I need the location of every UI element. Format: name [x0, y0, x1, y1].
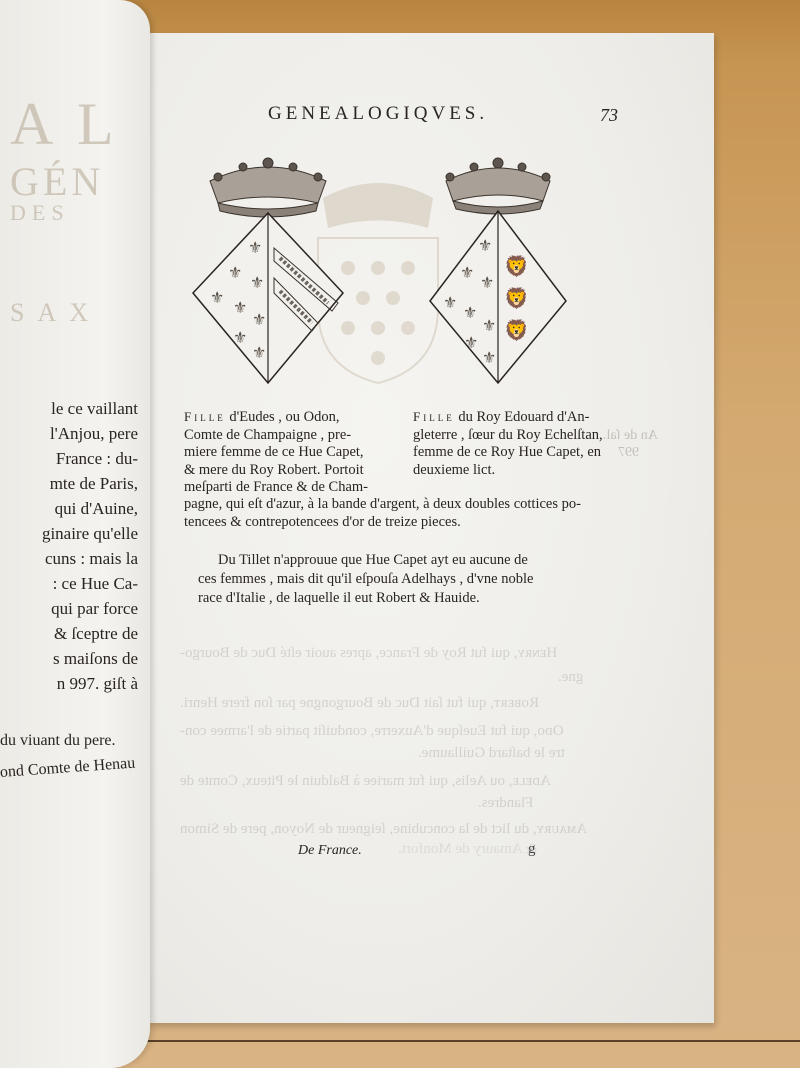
ghost-heading-2: GÉN: [10, 158, 104, 205]
paragraph-line: race d'Italie , de laquelle il eut Rober…: [198, 589, 533, 608]
page-number: 73: [600, 105, 618, 126]
svg-text:⚜: ⚜: [478, 236, 492, 255]
svg-text:⚜: ⚜: [464, 333, 478, 352]
text-line: : ce Hue Ca-: [0, 571, 138, 596]
bleed-line: gne.: [558, 669, 583, 686]
text-line: cuns : mais la: [0, 546, 138, 571]
left-page: A L GÉN DES S A X le ce vaillant l'Anjou…: [0, 0, 150, 1068]
svg-text:⚜: ⚜: [482, 316, 496, 335]
text-line: mte de Paris,: [0, 471, 138, 496]
caption-line: Comte de Champaigne , pre-: [184, 427, 368, 445]
coat-of-arms-champagne-icon: ⚜⚜⚜ ⚜⚜⚜ ⚜⚜: [188, 153, 348, 388]
svg-text:⚜: ⚜: [252, 310, 266, 329]
bleed-line: Aᴍᴀᴜʀʏ, du lict de la concubine, ſeigneu…: [180, 821, 587, 838]
caption-line: deuxieme lict.: [413, 462, 603, 480]
bleed-line: Rᴏʙᴇʀᴛ, qui fut ſait Duc de Bourgongne p…: [180, 695, 539, 712]
caption-continuation: pagne, qui eſt d'azur, à la bande d'arge…: [184, 496, 581, 531]
ghost-heading-1: A L: [10, 90, 120, 159]
bleed-line: & Amaury de Monfort.: [398, 841, 537, 858]
caption-line: miere femme de ce Hue Capet,: [184, 444, 368, 462]
svg-text:🦁: 🦁: [504, 318, 529, 342]
ghost-heading-4: S A X: [10, 298, 92, 328]
text-line: & ſceptre de: [0, 621, 138, 646]
svg-text:⚜: ⚜: [248, 238, 262, 257]
text-line: le ce vaillant: [0, 396, 138, 421]
left-page-text: le ce vaillant l'Anjou, pere France : du…: [0, 396, 138, 696]
paragraph-line: Du Tillet n'approuue que Hue Capet ayt e…: [198, 551, 533, 570]
bleed-line: Flandres.: [478, 795, 533, 812]
smallcaps-fille: Fille: [413, 409, 455, 424]
caption-left: Fille d'Eudes , ou Odon, Comte de Champa…: [184, 408, 368, 497]
ghost-heading-3: DES: [10, 200, 70, 226]
caption-line: meſparti de France & de Cham-: [184, 479, 368, 497]
svg-text:⚜: ⚜: [210, 288, 224, 307]
bleed-line: Hᴇɴʀʏ, qui fut Roy de France, apres auoi…: [180, 645, 557, 662]
caption-line: du Roy Edouard d'An-: [455, 409, 590, 425]
caption-line: tencees & contrepotencees d'or de treize…: [184, 514, 581, 532]
text-line: qui d'Auine,: [0, 496, 138, 521]
text-line: qui par force: [0, 596, 138, 621]
text-line: l'Anjou, pere: [0, 421, 138, 446]
smallcaps-fille: Fille: [184, 409, 226, 424]
bleed-line: Aᴅᴇʟᴇ, ou Aelis, qui fut mariee à Baldui…: [180, 773, 551, 790]
paragraph-line: ces femmes , mais dit qu'il eſpouſa Adel…: [198, 570, 533, 589]
text-line: s maiſons de: [0, 646, 138, 671]
svg-text:⚜: ⚜: [443, 293, 457, 312]
caption-line: d'Eudes , ou Odon,: [226, 409, 340, 425]
svg-text:🦁: 🦁: [504, 286, 529, 310]
text-line: ginaire qu'elle: [0, 521, 138, 546]
svg-text:⚜: ⚜: [233, 298, 247, 317]
caption-line: pagne, qui eſt d'azur, à la bande d'arge…: [184, 496, 581, 514]
margin-bleed-line-2: 997: [618, 445, 639, 461]
svg-text:⚜: ⚜: [250, 273, 264, 292]
svg-text:⚜: ⚜: [252, 343, 266, 362]
margin-bleed-line-1: An de ſal.: [603, 428, 658, 444]
bleed-line: tre le baſtard Guillaume.: [418, 745, 565, 762]
svg-text:⚜: ⚜: [233, 328, 247, 347]
svg-text:⚜: ⚜: [463, 303, 477, 322]
caption-right: Fille du Roy Edouard d'An- gleterre , ſœ…: [413, 408, 603, 479]
caption-line: femme de ce Roy Hue Capet, en: [413, 444, 603, 462]
signature-mark: g: [528, 841, 536, 858]
text-line: France : du-: [0, 446, 138, 471]
running-head: GENEALOGIQVES.: [268, 103, 488, 125]
right-page: GENEALOGIQVES. 73 ⚜⚜⚜ ⚜⚜⚜ ⚜⚜: [148, 33, 714, 1023]
caption-line: & mere du Roy Robert. Portoit: [184, 462, 368, 480]
coat-of-arms-england-icon: ⚜⚜⚜ ⚜⚜⚜ ⚜⚜ 🦁🦁🦁: [418, 153, 578, 388]
svg-text:⚜: ⚜: [482, 348, 496, 367]
svg-text:🦁: 🦁: [504, 254, 529, 278]
svg-text:⚜: ⚜: [480, 273, 494, 292]
left-page-footer: du viuant du pere. ond Comte de Henau: [0, 725, 136, 789]
catchword: De France.: [298, 843, 362, 859]
svg-text:⚜: ⚜: [228, 263, 242, 282]
bleed-line: Oᴅᴏ, qui fut Eueſque d'Auxerre, conduiſi…: [180, 723, 564, 740]
text-line: n 997. giſt à: [0, 671, 138, 696]
body-paragraph: Du Tillet n'approuue que Hue Capet ayt e…: [198, 551, 533, 608]
svg-text:⚜: ⚜: [460, 263, 474, 282]
caption-line: gleterre , ſœur du Roy Echelſtan,: [413, 427, 603, 445]
